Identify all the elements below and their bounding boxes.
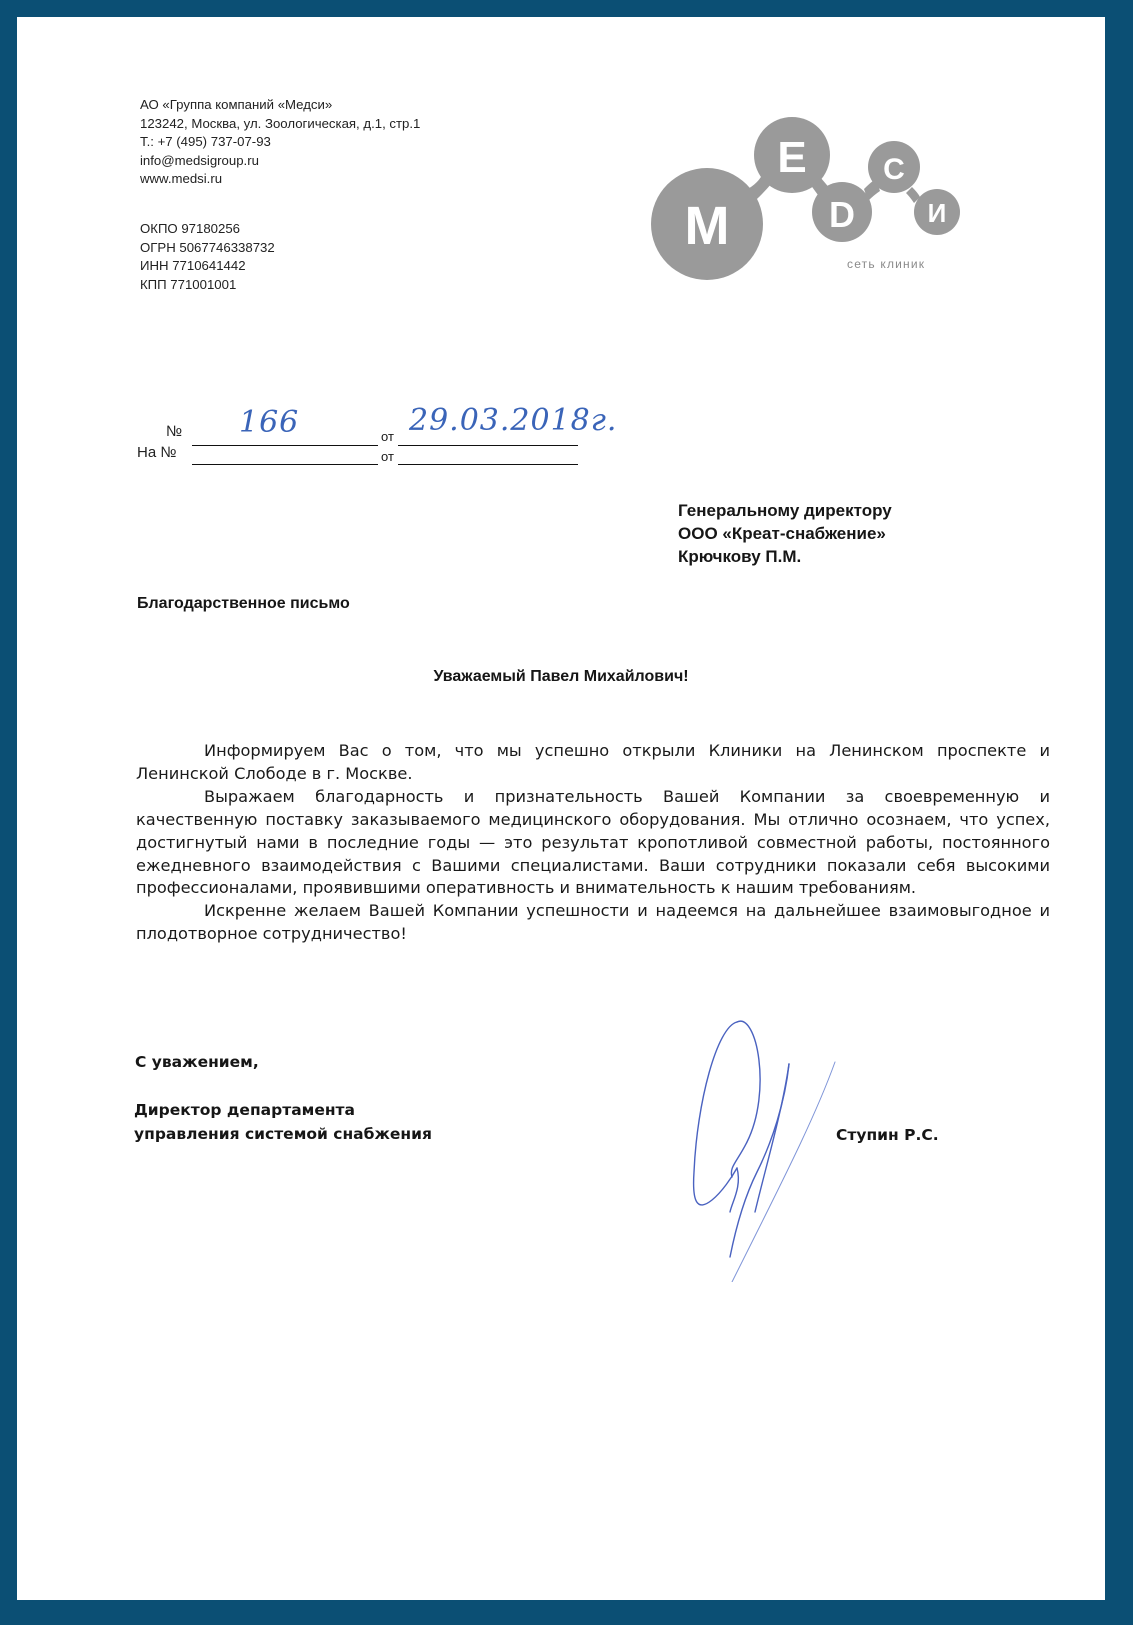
signer-name: Ступин Р.С. <box>836 1126 939 1144</box>
logo-tagline: сеть клиник <box>847 257 925 271</box>
number-underline <box>192 445 378 446</box>
recipient-name: Крючкову П.М. <box>678 545 892 568</box>
logo-letter-c: C <box>883 153 905 186</box>
sender-email: info@medsigroup.ru <box>140 152 420 171</box>
logo-letter-i: И <box>928 198 947 228</box>
body-paragraph: Выражаем благодарность и признательность… <box>136 786 1050 901</box>
signer-position-line-1: Директор департамента <box>134 1098 432 1122</box>
medsi-logo: M E D C И сеть клиник <box>632 97 972 297</box>
reply-date-label: от <box>381 449 394 464</box>
logo-letter-e: E <box>777 133 806 182</box>
sender-phone: Т.: +7 (495) 737-07-93 <box>140 133 420 152</box>
sender-address: 123242, Москва, ул. Зоологическая, д.1, … <box>140 115 420 134</box>
body-paragraph: Искренне желаем Вашей Компании успешност… <box>136 900 1050 946</box>
sender-website: www.medsi.ru <box>140 170 420 189</box>
recipient-position: Генеральному директору <box>678 499 892 522</box>
sender-block: АО «Группа компаний «Медси» 123242, Моск… <box>140 96 420 189</box>
sender-registration-codes: ОКПО 97180256 ОГРН 5067746338732 ИНН 771… <box>140 220 275 294</box>
outgoing-date-value: 29.03.2018г. <box>409 403 617 438</box>
outgoing-date-label: от <box>381 429 394 444</box>
recipient-company: ООО «Креат-снабжение» <box>678 522 892 545</box>
signer-position: Директор департамента управления системо… <box>134 1098 432 1146</box>
logo-letter-d: D <box>829 194 855 235</box>
kpp-code: КПП 771001001 <box>140 276 275 295</box>
signer-position-line-2: управления системой снабжения <box>134 1122 432 1146</box>
signature-icon <box>637 972 837 1282</box>
outgoing-number-value: 166 <box>239 405 299 440</box>
okpo-code: ОКПО 97180256 <box>140 220 275 239</box>
logo-letter-m: M <box>685 196 730 256</box>
recipient-block: Генеральному директору ООО «Креат-снабже… <box>678 499 892 568</box>
letter-closing: С уважением, <box>135 1053 259 1071</box>
reply-date-underline <box>398 464 578 465</box>
sender-company: АО «Группа компаний «Медси» <box>140 96 420 115</box>
letter-greeting: Уважаемый Павел Михайлович! <box>17 668 1105 686</box>
handwritten-signature <box>637 972 837 1282</box>
reply-number-label: На № <box>137 444 176 461</box>
body-paragraph: Информируем Вас о том, что мы успешно от… <box>136 740 1050 786</box>
date-underline <box>398 445 578 446</box>
letter-page: АО «Группа компаний «Медси» 123242, Моск… <box>17 17 1105 1600</box>
ogrn-code: ОГРН 5067746338732 <box>140 239 275 258</box>
letter-body: Информируем Вас о том, что мы успешно от… <box>136 740 1050 946</box>
inn-code: ИНН 7710641442 <box>140 257 275 276</box>
outgoing-number-label: № <box>166 423 182 440</box>
reply-number-underline <box>192 464 378 465</box>
letter-title: Благодарственное письмо <box>137 595 350 613</box>
